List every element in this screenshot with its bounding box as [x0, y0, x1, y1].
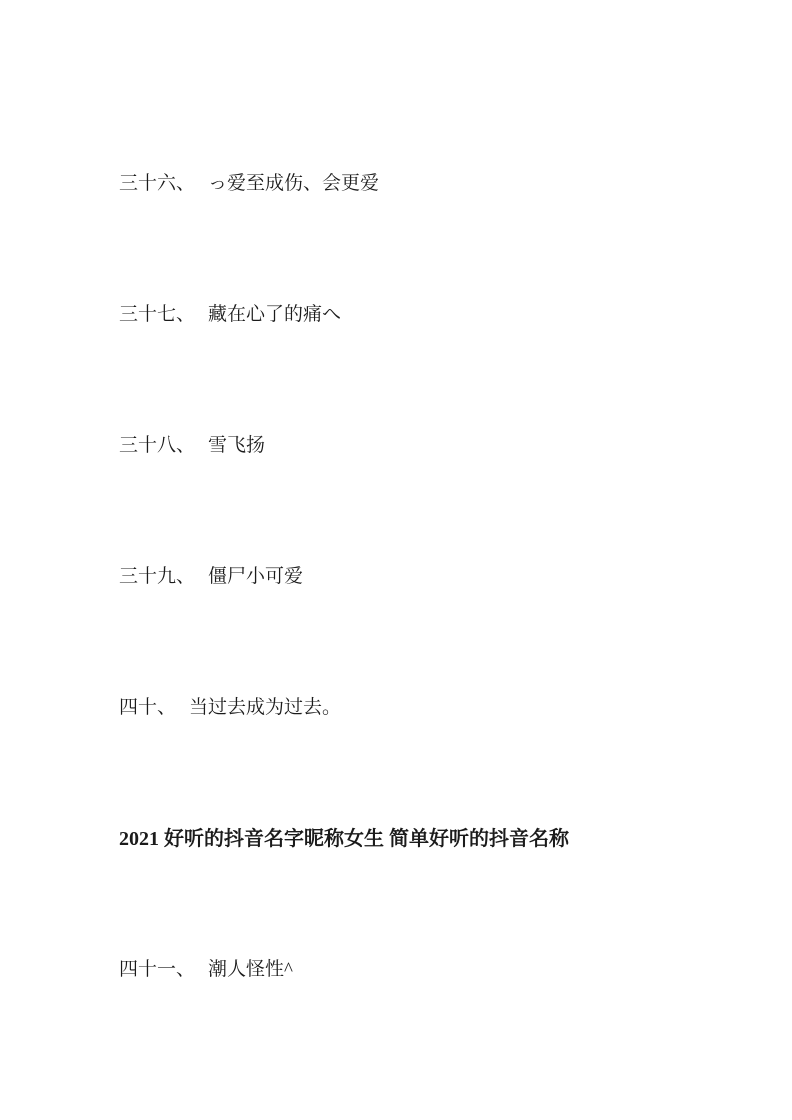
item-number: 四十一、: [119, 960, 195, 980]
item-number: 三十九、: [119, 567, 195, 587]
list-item: 四十、当过去成为过去。: [119, 698, 732, 718]
item-nickname: 藏在心了的痛へ: [208, 304, 341, 325]
item-number: 三十八、: [119, 436, 195, 456]
list-item: 三十六、っ爱至成伤、会更爱: [119, 174, 732, 194]
list-item: 三十八、雪飞扬: [119, 436, 732, 456]
list-item: 三十九、僵尸小可爱: [119, 567, 732, 587]
item-nickname: 雪飞扬: [208, 435, 265, 456]
section-heading: 2021 好听的抖音名字昵称女生 简单好听的抖音名称: [119, 829, 732, 849]
item-nickname: 僵尸小可爱: [208, 566, 303, 587]
item-nickname: 潮人怪性^: [208, 959, 293, 980]
list-item: 四十一、潮人怪性^: [119, 960, 732, 980]
item-number: 三十六、: [119, 174, 195, 194]
item-number: 四十、: [119, 698, 176, 718]
item-nickname: 当过去成为过去。: [189, 697, 341, 718]
item-number: 三十七、: [119, 305, 195, 325]
document-page: 三十六、っ爱至成伤、会更爱 三十七、藏在心了的痛へ 三十八、雪飞扬 三十九、僵尸…: [0, 0, 792, 1120]
list-item: 三十七、藏在心了的痛へ: [119, 305, 732, 325]
item-nickname: っ爱至成伤、会更爱: [208, 173, 379, 194]
